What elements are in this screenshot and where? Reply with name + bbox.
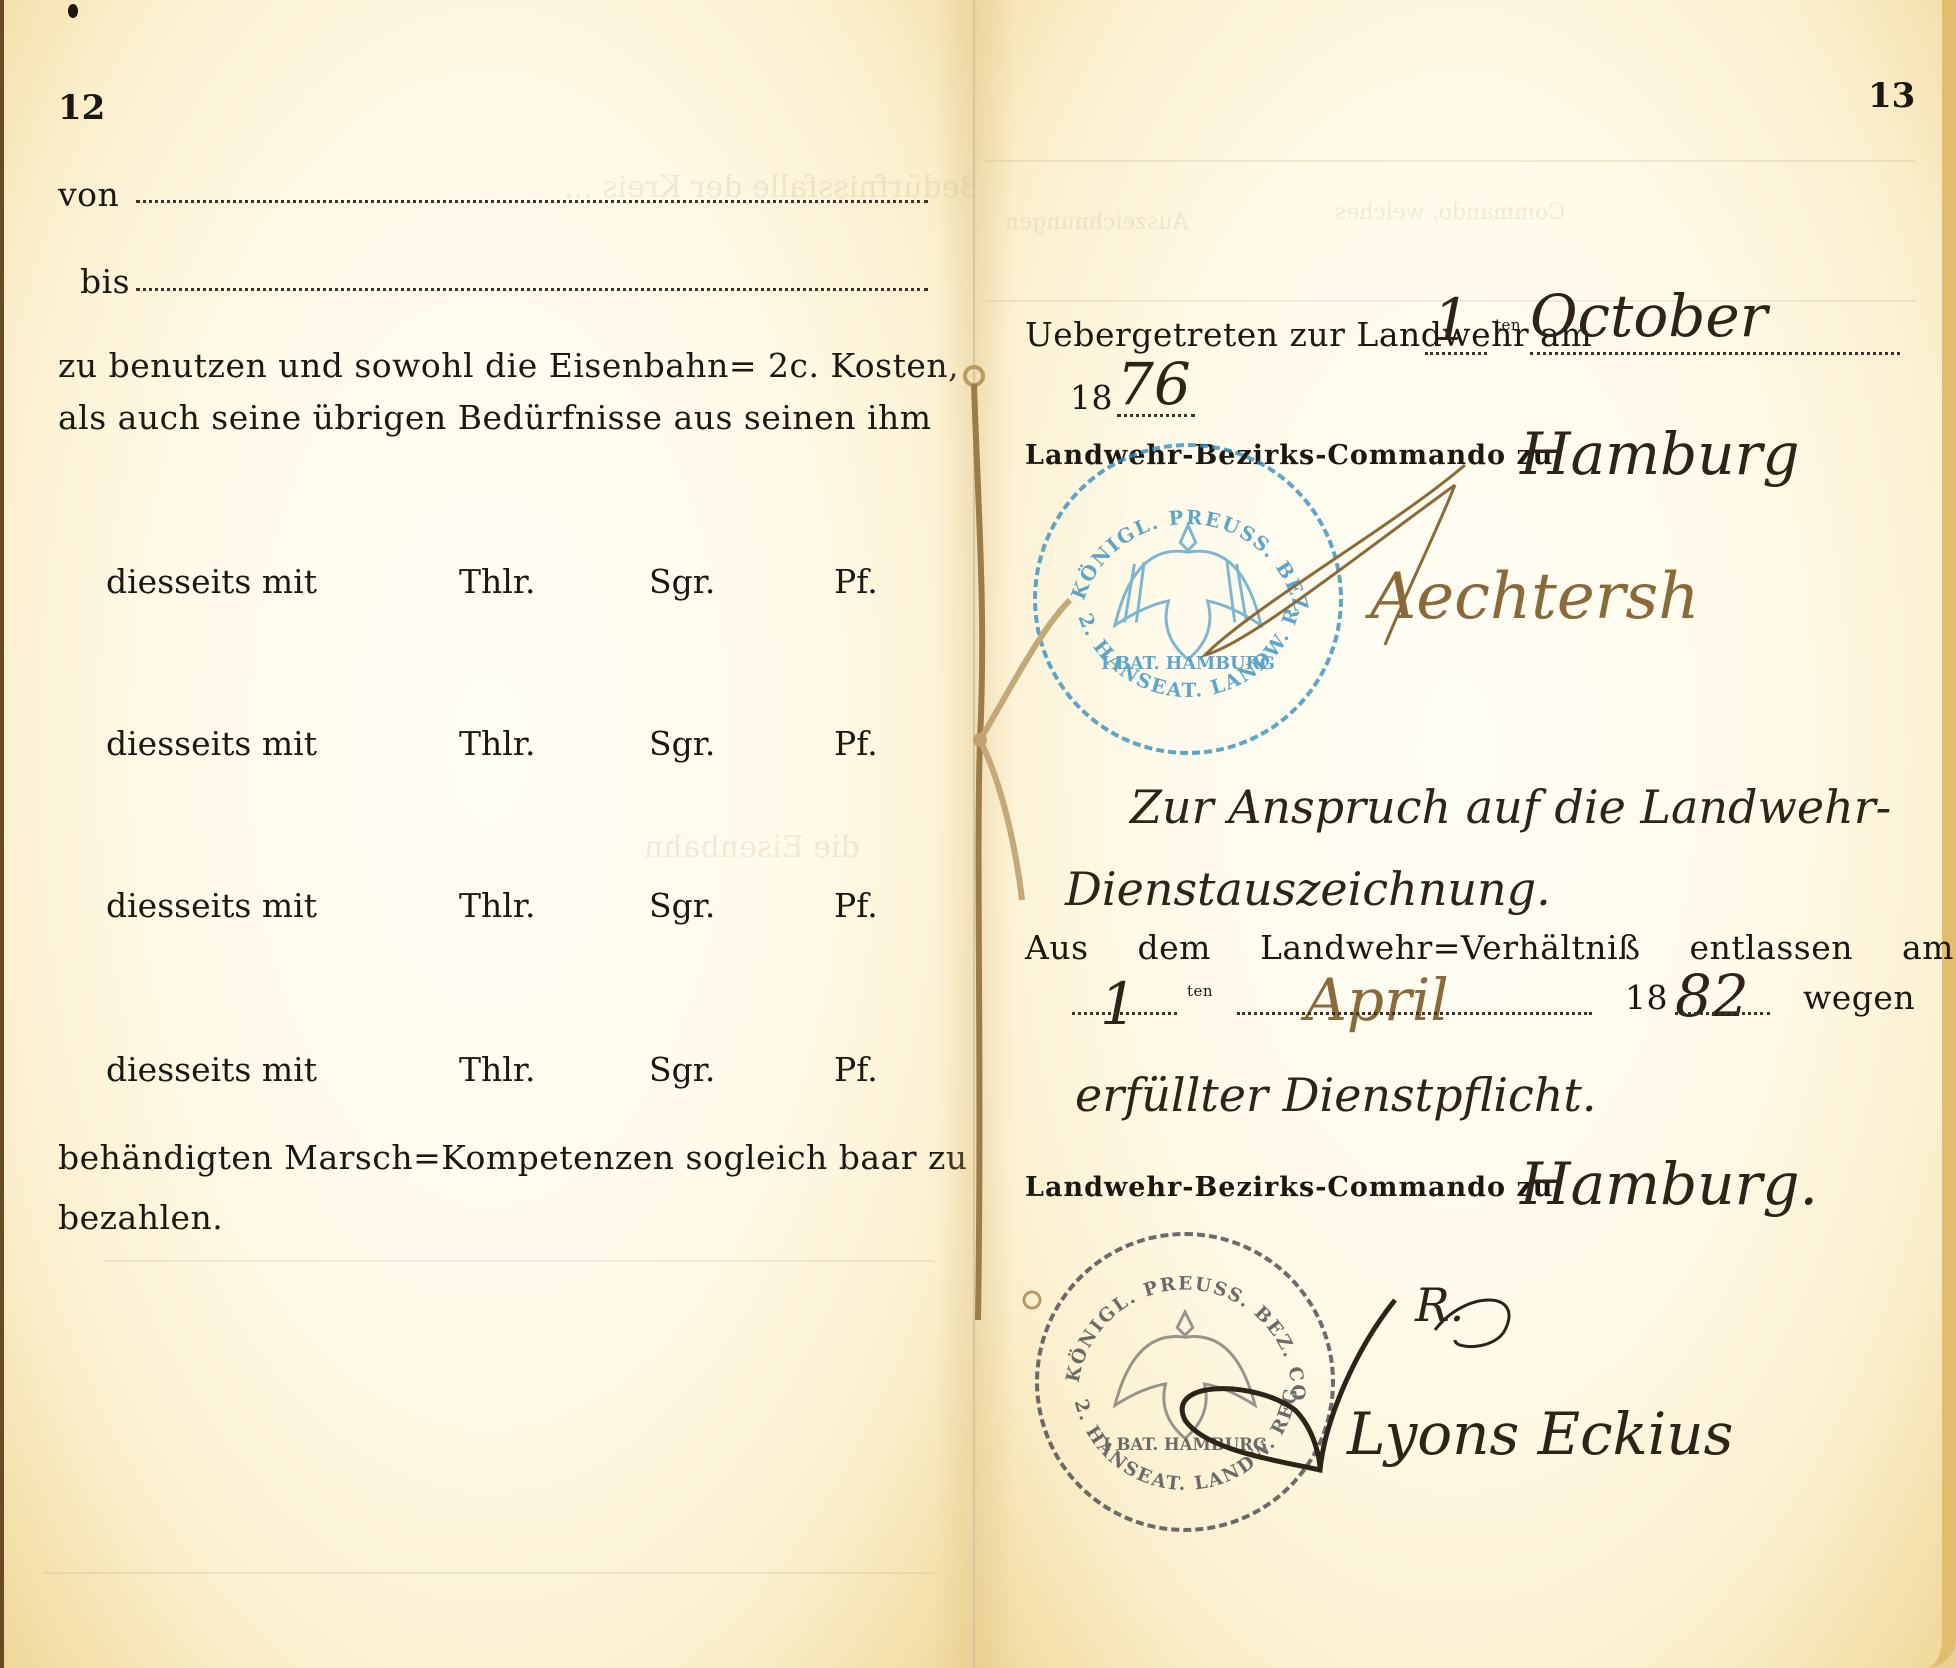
- silbergroschen-label: Sgr.: [649, 1050, 715, 1089]
- payment-row: diesseits mit Thlr. Sgr. Pf.: [4, 724, 979, 774]
- year-suffix: 82: [1675, 962, 1749, 1030]
- left-page: im Bedürfnissfalle der Kreis ... die Eis…: [0, 0, 975, 1668]
- right-page: Auszeichnungen Commando, welches 13 Uebe…: [975, 0, 1956, 1668]
- thaler-label: Thlr.: [459, 886, 535, 925]
- paragraph-line-2: als auch seine übrigen Bedürfnisse aus s…: [58, 398, 932, 437]
- remark-line-2: Dienstauszeichnung.: [1065, 862, 1551, 916]
- discharge-label: Aus dem Landwehr=Verhältniß entlassen am: [1025, 928, 1954, 967]
- ink-spot: [68, 4, 78, 18]
- payment-row: diesseits mit Thlr. Sgr. Pf.: [4, 1050, 979, 1100]
- show-through-rule: [44, 1572, 934, 1574]
- pfennig-label: Pf.: [834, 562, 878, 601]
- payment-row: diesseits mit Thlr. Sgr. Pf.: [4, 562, 979, 612]
- transfer-day: 1: [1433, 286, 1470, 354]
- show-through-rule: [985, 160, 1915, 162]
- month-fill-line: [1530, 352, 1900, 355]
- show-through-text: die Eisenbahn: [644, 830, 860, 865]
- silbergroschen-label: Sgr.: [649, 562, 715, 601]
- payment-label: diesseits mit: [106, 724, 317, 763]
- show-through-rule: [104, 1260, 934, 1262]
- pfennig-label: Pf.: [834, 886, 878, 925]
- discharge-month: April: [1305, 966, 1449, 1034]
- signature-initial: R.: [1415, 1278, 1464, 1332]
- page-number: 12: [58, 88, 105, 128]
- payment-row: diesseits mit Thlr. Sgr. Pf.: [4, 886, 979, 936]
- binding-thread: [960, 360, 1080, 1320]
- reason-label: wegen: [1803, 978, 1915, 1017]
- von-label: von: [58, 175, 119, 214]
- day-suffix: ten: [1495, 316, 1521, 334]
- payment-label: diesseits mit: [106, 1050, 317, 1089]
- discharge-day: 1: [1100, 970, 1137, 1038]
- day-suffix: ten: [1187, 982, 1213, 1000]
- officer-signature: Lyons Eckius: [1347, 1400, 1733, 1468]
- discharge-reason: erfüllter Dienstpflicht.: [1075, 1068, 1596, 1122]
- commander-signature: Aechtersh: [1370, 560, 1699, 634]
- year-fill-line: [1117, 414, 1195, 417]
- closing-line-2: bezahlen.: [58, 1198, 223, 1237]
- pfennig-label: Pf.: [834, 724, 878, 763]
- thaler-label: Thlr.: [459, 562, 535, 601]
- day-fill-line: [1425, 352, 1487, 355]
- closing-line-1: behändigten Marsch=Kompetenzen sogleich …: [58, 1138, 968, 1177]
- signature-flourish: [1125, 1270, 1625, 1510]
- payment-label: diesseits mit: [106, 886, 317, 925]
- page-number: 13: [1868, 76, 1915, 116]
- bis-label: bis: [80, 262, 130, 301]
- thaler-label: Thlr.: [459, 724, 535, 763]
- silbergroschen-label: Sgr.: [649, 724, 715, 763]
- thaler-label: Thlr.: [459, 1050, 535, 1089]
- year-fill-line: [1675, 1012, 1770, 1015]
- passbook-spread: im Bedürfnissfalle der Kreis ... die Eis…: [0, 0, 1956, 1668]
- von-fill-line: [136, 200, 928, 203]
- remark-line-1: Zur Anspruch auf die Landwehr-: [1130, 780, 1891, 834]
- thread-knot: [1020, 1280, 1050, 1340]
- pfennig-label: Pf.: [834, 1050, 878, 1089]
- bis-fill-line: [136, 288, 928, 291]
- transfer-month: October: [1530, 282, 1767, 350]
- silbergroschen-label: Sgr.: [649, 886, 715, 925]
- year-suffix: 76: [1117, 350, 1191, 418]
- show-through-text: Auszeichnungen: [1005, 210, 1188, 235]
- day-fill-line: [1072, 1012, 1177, 1015]
- payment-label: diesseits mit: [106, 562, 317, 601]
- command-place: Hamburg.: [1520, 1150, 1818, 1218]
- show-through-text: Commando, welches: [1335, 200, 1565, 225]
- month-fill-line: [1237, 1012, 1592, 1015]
- command-label: Landwehr-Bezirks-Commando zu: [1025, 1172, 1553, 1203]
- year-prefix: 18: [1625, 978, 1668, 1017]
- paragraph-line-1: zu benutzen und sowohl die Eisenbahn= 2c…: [58, 346, 959, 385]
